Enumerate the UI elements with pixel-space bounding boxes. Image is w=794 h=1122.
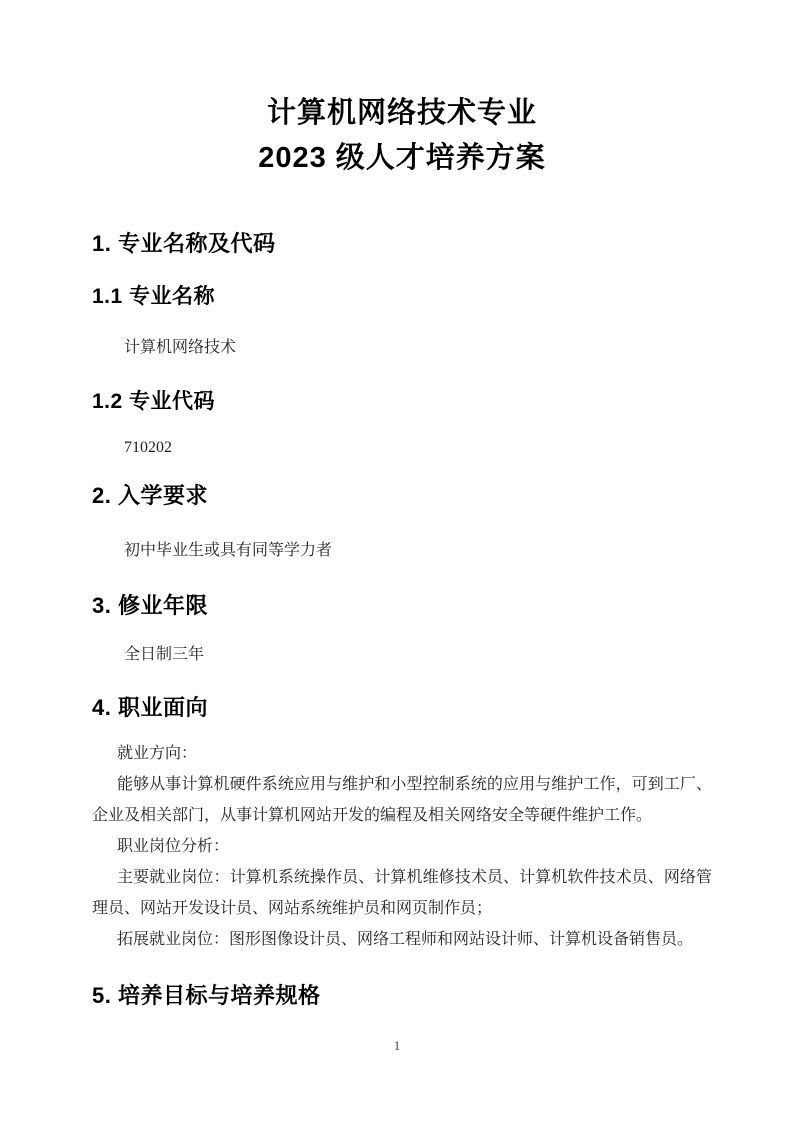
heading-section-3-study-duration: 3. 修业年限 — [92, 590, 712, 622]
paragraph-main-job-positions: 主要就业岗位：计算机系统操作员、计算机维修技术员、计算机软件技术员、网络管理员、… — [92, 862, 712, 924]
heading-section-1-1-major-name: 1.1 专业名称 — [92, 282, 712, 312]
document-page: 计算机网络技术专业 2023 级人才培养方案 1. 专业名称及代码 1.1 专业… — [0, 0, 794, 1122]
paragraph-extended-job-positions: 拓展就业岗位：图形图像设计员、网络工程师和网站设计师、计算机设备销售员。 — [92, 924, 712, 955]
page-number: 1 — [0, 1038, 794, 1054]
career-orientation-paragraphs: 就业方向： 能够从事计算机硬件系统应用与维护和小型控制系统的应用与维护工作，可到… — [92, 738, 712, 955]
major-name-value: 计算机网络技术 — [124, 336, 712, 360]
major-code-value: 710202 — [124, 436, 712, 460]
heading-section-1-2-major-code: 1.2 专业代码 — [92, 387, 712, 417]
heading-section-5-training-objectives: 5. 培养目标与培养规格 — [92, 980, 712, 1012]
document-title: 计算机网络技术专业 2023 级人才培养方案 — [92, 0, 712, 181]
heading-section-2-admission-requirements: 2. 入学要求 — [92, 480, 712, 512]
paragraph-job-position-analysis-label: 职业岗位分析： — [92, 831, 712, 862]
paragraph-employment-direction-label: 就业方向： — [92, 738, 712, 769]
document-title-line-1: 计算机网络技术专业 — [92, 91, 712, 136]
heading-section-1-major-name-and-code: 1. 专业名称及代码 — [92, 228, 712, 260]
heading-section-4-career-orientation: 4. 职业面向 — [92, 692, 712, 724]
study-duration-value: 全日制三年 — [124, 643, 712, 667]
document-content: 计算机网络技术专业 2023 级人才培养方案 1. 专业名称及代码 1.1 专业… — [0, 0, 794, 1012]
paragraph-employment-direction-text: 能够从事计算机硬件系统应用与维护和小型控制系统的应用与维护工作，可到工厂、企业及… — [92, 769, 712, 831]
admission-requirements-value: 初中毕业生或具有同等学力者 — [124, 539, 712, 563]
document-title-line-2: 2023 级人才培养方案 — [92, 136, 712, 181]
